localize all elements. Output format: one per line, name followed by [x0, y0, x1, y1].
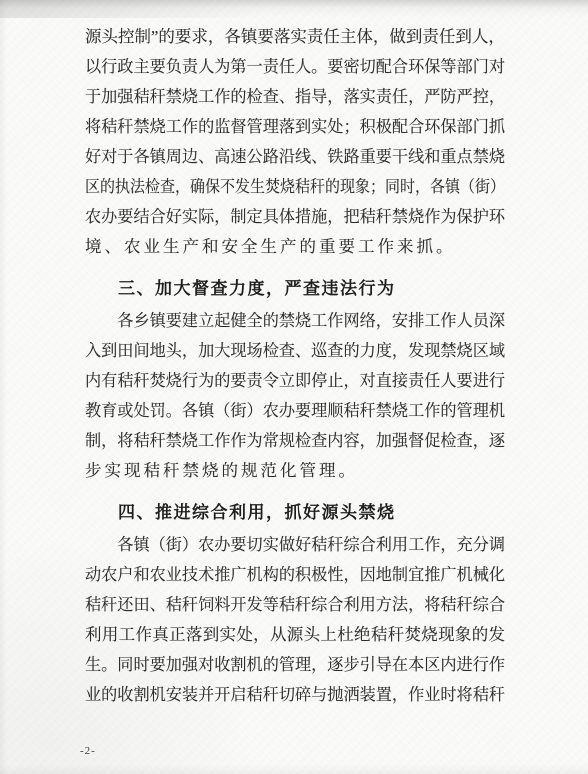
text-line: 好对于各镇周边、高速公路沿线、铁路重要干线和重点禁烧	[85, 142, 496, 172]
text-line: 各乡镇要建立起健全的禁烧工作网络，安排工作人员深	[85, 306, 496, 336]
text-line: 生。同时要加强对收割机的管理，逐步引导在本区内进行作	[85, 650, 496, 680]
text-line: 动农户和农业技术推广机构的积极性，因地制宜推广机械化	[85, 560, 496, 590]
section-heading: 三、加大督查力度，严查违法行为	[85, 274, 505, 304]
text-line: 利用工作真正落到实处，从源头上杜绝秸秆焚烧现象的发	[85, 620, 505, 650]
text-line: 各镇（街）农办要切实做好秸秆综合利用工作，充分调	[85, 530, 496, 560]
section-heading: 四、推进综合利用，抓好源头禁烧	[85, 498, 505, 528]
scan-edge-shadow-left	[0, 0, 7, 774]
paragraph: 各乡镇要建立起健全的禁烧工作网络，安排工作人员深入到田间地头，加大现场检查、巡查…	[85, 306, 505, 486]
paragraph: 源头控制”的要求，各镇要落实责任主体，做到责任到人，以行政主要负责人为第一责任人…	[85, 22, 505, 262]
text-line: 于加强秸秆禁烧工作的检查、指导，落实责任，严防严控，	[85, 82, 496, 112]
text-line: 业的收割机安装并开启秸秆切碎与抛洒装置，作业时将秸秆	[85, 680, 496, 710]
paragraph: 各镇（街）农办要切实做好秸秆综合利用工作，充分调动农户和农业技术推广机构的积极性…	[85, 530, 505, 710]
text-line: 内有秸秆焚烧行为的要责令立即停止，对直接责任人要进行	[85, 366, 496, 396]
text-line: 秸秆还田、秸秆饲料开发等秸秆综合利用方法，将秸秆综合	[85, 590, 496, 620]
page-number: -2-	[80, 745, 96, 757]
text-line: 入到田间地头，加大现场检查、巡查的力度，发现禁烧区域	[85, 336, 496, 366]
text-line: 境、农业生产和安全生产的重要工作来抓。	[85, 232, 505, 262]
text-line: 步实现秸秆禁烧的规范化管理。	[85, 456, 505, 486]
text-line: 源头控制”的要求，各镇要落实责任主体，做到责任到人，	[85, 22, 505, 52]
document-body: 源头控制”的要求，各镇要落实责任主体，做到责任到人，以行政主要负责人为第一责任人…	[85, 22, 505, 710]
text-line: 区的执法检查，确保不发生焚烧秸秆的现象；同时，各镇（街）	[85, 172, 467, 202]
text-line: 以行政主要负责人为第一责任人。要密切配合环保等部门对	[85, 52, 496, 82]
scanned-document-page: 源头控制”的要求，各镇要落实责任主体，做到责任到人，以行政主要负责人为第一责任人…	[0, 0, 588, 774]
text-line: 制，将秸秆禁烧工作作为常规检查内容，加强督促检查，逐	[85, 426, 496, 456]
text-line: 教育或处罚。各镇（街）农办要理顺秸秆禁烧工作的管理机	[85, 396, 496, 426]
text-line: 农办要结合好实际，制定具体措施，把秸秆禁烧作为保护环	[85, 202, 496, 232]
scan-edge-shadow-top	[0, 0, 588, 18]
text-line: 将秸秆禁烧工作的监督管理落到实处；积极配合环保部门抓	[85, 112, 496, 142]
scan-edge-shadow-bottom	[0, 764, 588, 774]
